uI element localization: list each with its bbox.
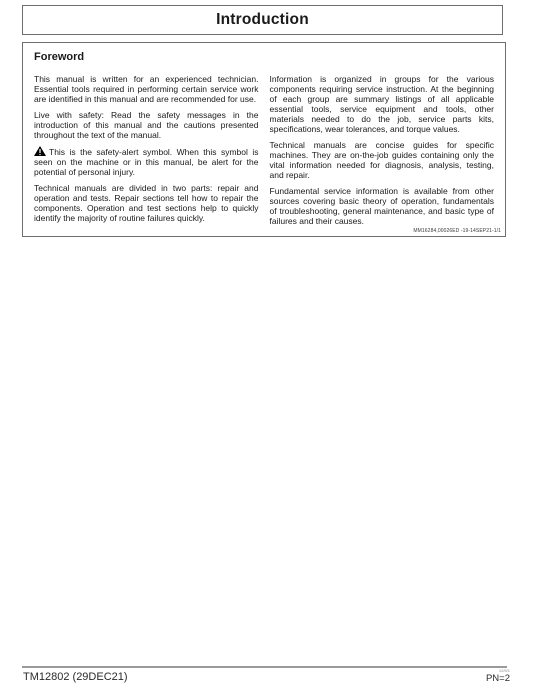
manual-number: TM12802 (29DEC21) [23, 671, 128, 683]
reference-code: MM16284,00026ED -19-14SEP21-1/1 [413, 228, 501, 234]
left-column: This manual is written for an experience… [34, 74, 259, 232]
right-column: Information is organized in groups for t… [270, 74, 495, 232]
foreword-heading: Foreword [34, 51, 494, 63]
page-title: Introduction [216, 11, 309, 29]
foreword-columns: This manual is written for an experience… [34, 74, 494, 232]
paragraph: Fundamental service information is avail… [270, 186, 495, 226]
safety-alert-paragraph: This is the safety-alert symbol. When th… [34, 146, 259, 177]
paragraph: Live with safety: Read the safety messag… [34, 110, 259, 140]
footer-right-block: 12/9/1 PN=2 [486, 668, 510, 684]
footer-divider [22, 666, 507, 668]
title-box: Introduction [22, 5, 503, 35]
paragraph: Information is organized in groups for t… [270, 74, 495, 134]
page-number: PN=2 [486, 673, 510, 684]
paragraph-text: This is the safety-alert symbol. When th… [34, 147, 259, 177]
safety-alert-icon [34, 146, 46, 156]
paragraph: Technical manuals are concise guides for… [270, 140, 495, 180]
foreword-section: Foreword This manual is written for an e… [22, 42, 506, 237]
paragraph: This manual is written for an experience… [34, 74, 259, 104]
manual-page: { "page": { "title": "Introduction" }, "… [0, 0, 541, 700]
paragraph: Technical manuals are divided in two par… [34, 183, 259, 223]
